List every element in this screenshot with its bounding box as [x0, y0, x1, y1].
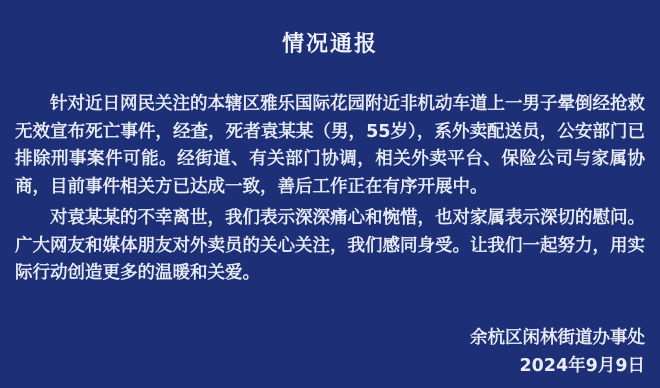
notice-body: 针对近日网民关注的本辖区雅乐国际花园附近非机动车道上一男子晕倒经抢救无效宣布死亡…	[15, 91, 645, 292]
notice-paragraph-2: 对袁某某的不幸离世，我们表示深深痛心和惋惜，也对家属表示深切的慰问。广大网友和媒…	[15, 205, 645, 288]
issuer-signature: 余杭区闲林街道办事处	[470, 324, 645, 352]
notice-page: 情况通报 针对近日网民关注的本辖区雅乐国际花园附近非机动车道上一男子晕倒经抢救无…	[0, 0, 660, 388]
notice-paragraph-1: 针对近日网民关注的本辖区雅乐国际花园附近非机动车道上一男子晕倒经抢救无效宣布死亡…	[15, 91, 645, 201]
page-title: 情况通报	[0, 27, 660, 58]
closing-block: 余杭区闲林街道办事处 2024年9月9日	[470, 324, 645, 380]
issue-date: 2024年9月9日	[470, 352, 645, 380]
